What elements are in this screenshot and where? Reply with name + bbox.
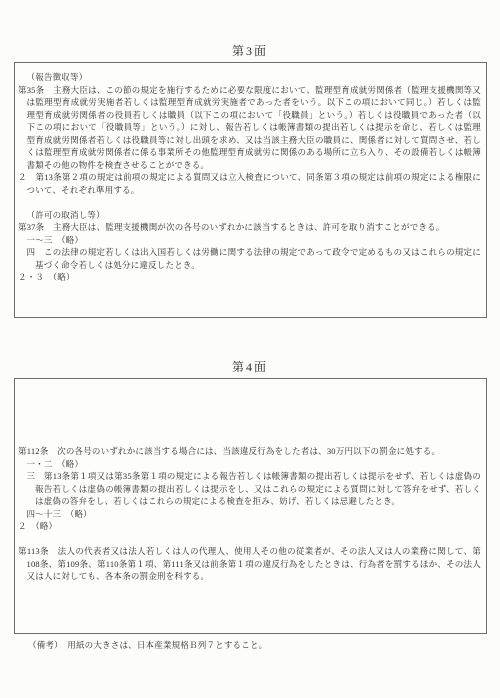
page3-sheet: （報告徴収等） 第35条 主務大臣は、この節の規定を施行するために必要な限度にお… [14,62,487,318]
article-112-items-4-to-13: 四～十三 （略） [27,508,482,521]
article-37-paragraphs-2-3: ２・３ （略） [18,271,481,284]
page3-caption-report-collection: （報告徴収等） [27,71,482,84]
article-112-paragraph-1: 第112条 次の各号のいずれかに該当する場合には、当該違反行為をした者は、30万… [18,445,481,458]
article-35-paragraph-1: 第35条 主務大臣は、この節の規定を施行するために必要な限度において、監理型育成… [18,84,481,172]
article-113-paragraph-1: 第113条 法人の代表者又は法人若しくは人の代理人、使用人その他の従業者が、その… [18,545,481,583]
article-37-items-1-to-3: 一～三 （略） [27,234,482,247]
page3-title: 第3面 [0,42,500,59]
document-canvas: 第3面 （報告徴収等） 第35条 主務大臣は、この節の規定を施行するために必要な… [0,0,500,698]
page4-title: 第4面 [0,358,500,375]
article-112-items-1-2: 一・二 （略） [27,458,482,471]
article-112-paragraph-2: ２ （略） [18,520,481,533]
page3-caption-permission-revocation: （許可の取消し等） [27,209,482,222]
remarks-note: （備考） 用紙の大きさは、日本産業規格Ｂ列７とすること。 [28,639,267,651]
article-35-paragraph-2: ２ 第13条第２項の規定は前項の規定による質問又は立入検査について、同条第３項の… [18,171,481,196]
article-112-item-3: 三 第13条第１項又は第35条第１項の規定による報告若しくは帳簿書類の提出若しく… [27,470,482,508]
article-37-paragraph-1: 第37条 主務大臣は、監理支援機関が次の各号のいずれかに該当するときは、許可を取… [18,221,481,234]
page4-sheet: 第112条 次の各号のいずれかに該当する場合には、当該違反行為をした者は、30万… [14,378,487,634]
article-37-item-4: 四 この法律の規定若しくは出入国若しくは労働に関する法律の規定であって政令で定め… [27,246,482,271]
